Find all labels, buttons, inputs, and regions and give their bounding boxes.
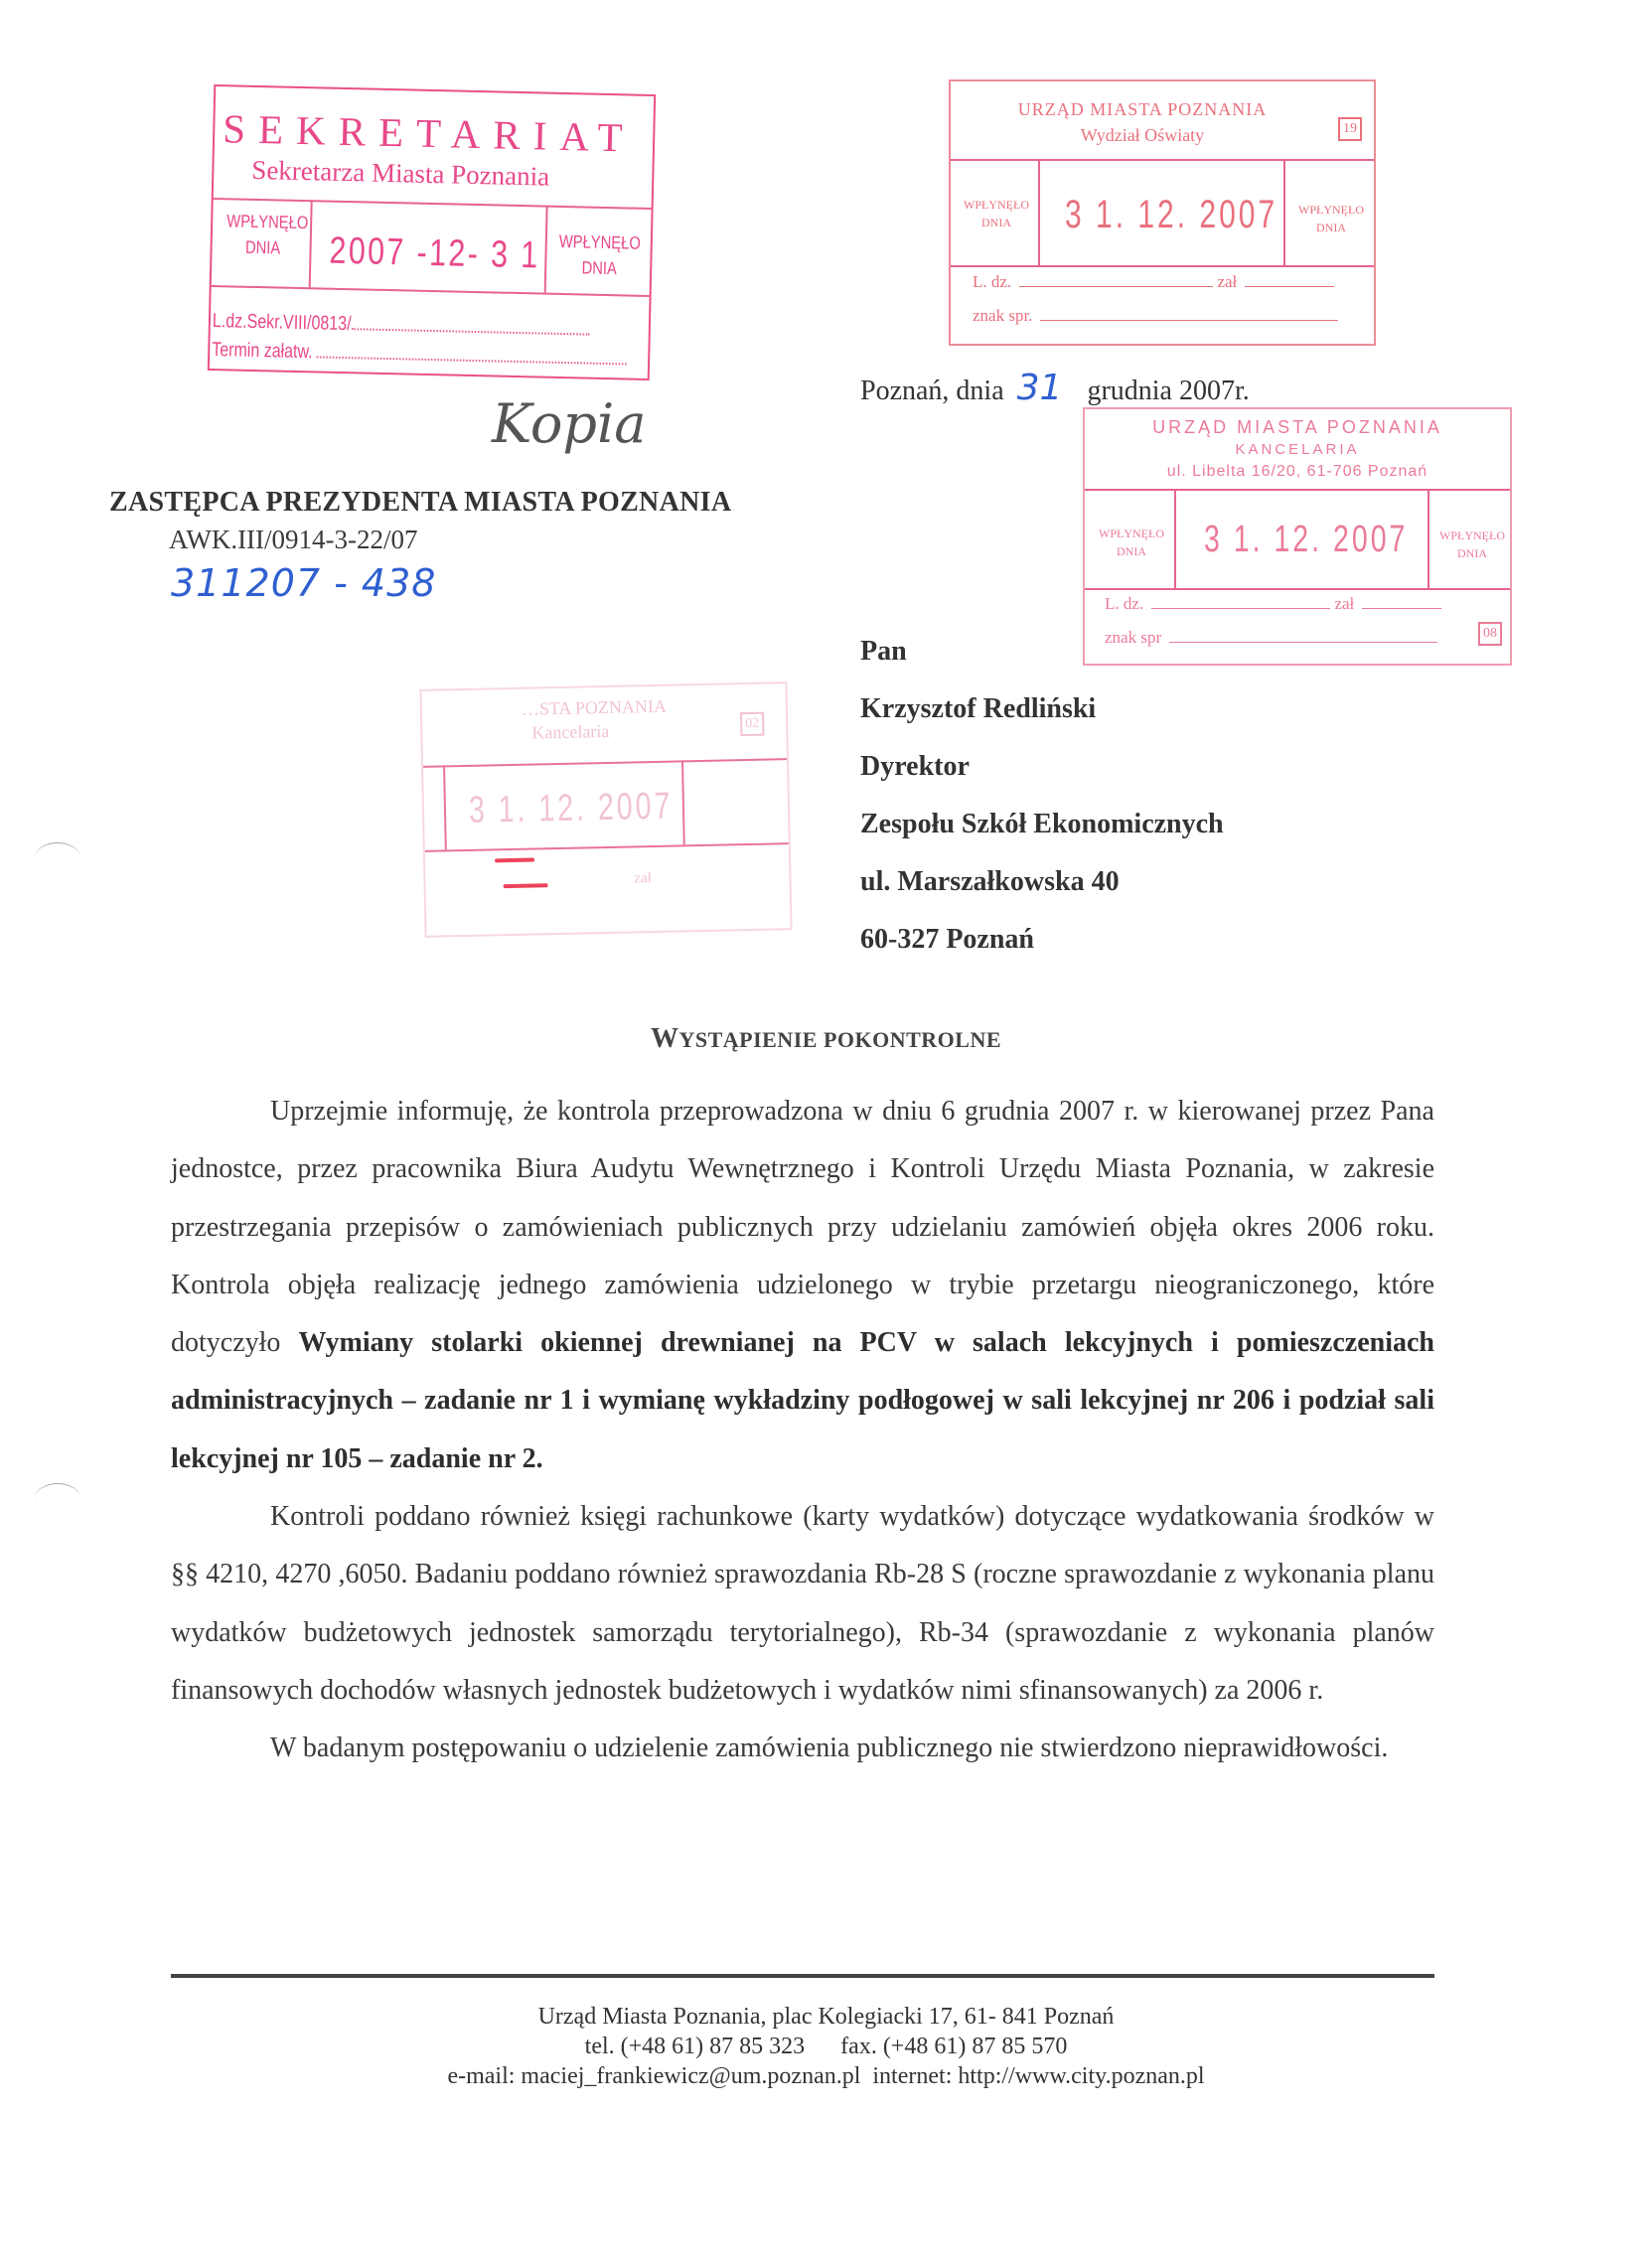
ink-smudge: [504, 883, 548, 888]
stamp-divider: [1427, 489, 1429, 588]
stamp-divider: [681, 760, 685, 844]
punch-hole-mark: [35, 842, 80, 873]
stamp-department: Wydział Oświaty: [951, 125, 1334, 146]
document-title: WYSTĄPIENIE POKONTROLNE: [0, 1023, 1652, 1055]
ink-smudge: [495, 858, 534, 863]
recipient-name: Krzysztof Redliński: [860, 693, 1096, 725]
stamp-divider: [1085, 489, 1510, 491]
faint-stamp: …STA POZNANIA Kancelaria 02 3 1. 12. 200…: [419, 681, 792, 938]
stamp-code: 08: [1478, 622, 1502, 646]
recipient-street: ul. Marszałkowska 40: [860, 866, 1120, 898]
deadline-field: Termin załatw.: [212, 339, 627, 371]
znak-field: znak spr.: [973, 306, 1338, 326]
stamp-date: 3 1. 12. 2007: [1204, 519, 1408, 561]
stamp-office: …STA POZNANIA: [522, 696, 667, 720]
document-body: Uprzejmie informuję, że kontrola przepro…: [171, 1083, 1434, 1778]
place-prefix: Poznań, dnia: [860, 376, 1004, 406]
stamp-divider: [544, 206, 548, 293]
ldz-field: L. dz. zał: [973, 272, 1334, 292]
reference-number: AWK.III/0914-3-22/07: [169, 525, 418, 555]
stamp-title: SEKRETARIAT: [223, 104, 636, 161]
footer-phone: tel. (+48 61) 87 85 323 fax. (+48 61) 87…: [0, 2032, 1652, 2061]
stamp-divider: [309, 200, 313, 287]
handwritten-day: 31: [1017, 368, 1063, 408]
stamp-office: URZĄD MIASTA POZNANIA: [1085, 417, 1510, 438]
recipient-institution: Zespołu Szkół Ekonomicznych: [860, 809, 1224, 840]
stamp-divider: [1085, 588, 1510, 590]
sekretariat-stamp: SEKRETARIAT Sekretarza Miasta Poznania W…: [208, 84, 656, 380]
stamp-divider: [951, 265, 1374, 267]
received-label: WPŁYNĘŁO DNIA: [225, 208, 300, 261]
wydzial-oswiaty-stamp: URZĄD MIASTA POZNANIA Wydział Oświaty 19…: [949, 79, 1376, 346]
recipient-position: Dyrektor: [860, 751, 970, 783]
paragraph-1: Uprzejmie informuję, że kontrola przepro…: [171, 1083, 1434, 1488]
stamp-code: 19: [1338, 117, 1362, 141]
stamp-department: Kancelaria: [531, 721, 609, 744]
sender-title: ZASTĘPCA PREZYDENTA MIASTA POZNANIA: [109, 487, 731, 519]
ldz-field: L. dz. zał: [1105, 594, 1441, 614]
stamp-date: 3 1. 12. 2007: [1065, 193, 1277, 237]
handwritten-registration: 311207 - 438: [171, 561, 436, 605]
stamp-divider: [443, 765, 447, 849]
contract-subject: Wymiany stolarki okiennej drewnianej na …: [171, 1327, 1434, 1474]
stamp-divider: [1038, 159, 1040, 265]
received-label: WPŁYNĘŁO DNIA: [955, 196, 1038, 231]
footer-divider: [171, 1974, 1434, 1978]
stamp-date: 3 1. 12. 2007: [469, 786, 674, 832]
stamp-department: KANCELARIA: [1085, 441, 1510, 458]
stamp-code: 02: [740, 712, 764, 736]
footer-contact: e-mail: maciej_frankiewicz@um.poznan.pl …: [0, 2061, 1652, 2091]
zal-field: zał: [634, 870, 652, 887]
punch-hole-mark: [35, 1483, 80, 1514]
paragraph-3: W badanym postępowaniu o udzielenie zamó…: [171, 1720, 1434, 1777]
stamp-date: 2007 -12- 3 1: [329, 230, 540, 278]
paragraph-2: Kontroli poddano również księgi rachunko…: [171, 1488, 1434, 1720]
stamp-divider: [951, 159, 1374, 161]
place-date: Poznań, dnia 31 grudnia 2007r.: [860, 368, 1250, 408]
stamp-divider: [1283, 159, 1285, 265]
stamp-divider: [425, 842, 789, 852]
znak-field: znak spr: [1105, 628, 1437, 648]
stamp-divider: [214, 198, 652, 210]
recipient-salutation: Pan: [860, 636, 907, 668]
stamp-divider: [212, 285, 650, 297]
stamp-office: URZĄD MIASTA POZNANIA: [951, 99, 1334, 120]
footer-address: Urząd Miasta Poznania, plac Kolegiacki 1…: [0, 2002, 1652, 2032]
place-suffix: grudnia 2007r.: [1087, 376, 1249, 406]
register-number: L.dz.Sekr.VIII/0813/: [213, 310, 590, 342]
received-label: WPŁYNĘŁO DNIA: [1432, 527, 1512, 562]
footer: Urząd Miasta Poznania, plac Kolegiacki 1…: [0, 2002, 1652, 2091]
stamp-divider: [423, 758, 787, 768]
received-label: WPŁYNĘŁO DNIA: [1089, 525, 1174, 560]
received-label: WPŁYNĘŁO DNIA: [558, 228, 641, 282]
recipient-city: 60-327 Poznań: [860, 924, 1034, 956]
stamp-address: ul. Libelta 16/20, 61-706 Poznań: [1085, 463, 1510, 481]
kancelaria-stamp: URZĄD MIASTA POZNANIA KANCELARIA ul. Lib…: [1083, 407, 1512, 666]
handwritten-kopia: Kopia: [492, 392, 646, 455]
stamp-divider: [1174, 489, 1176, 588]
received-label: WPŁYNĘŁO DNIA: [1288, 201, 1374, 236]
stamp-subtitle: Sekretarza Miasta Poznania: [251, 155, 550, 193]
